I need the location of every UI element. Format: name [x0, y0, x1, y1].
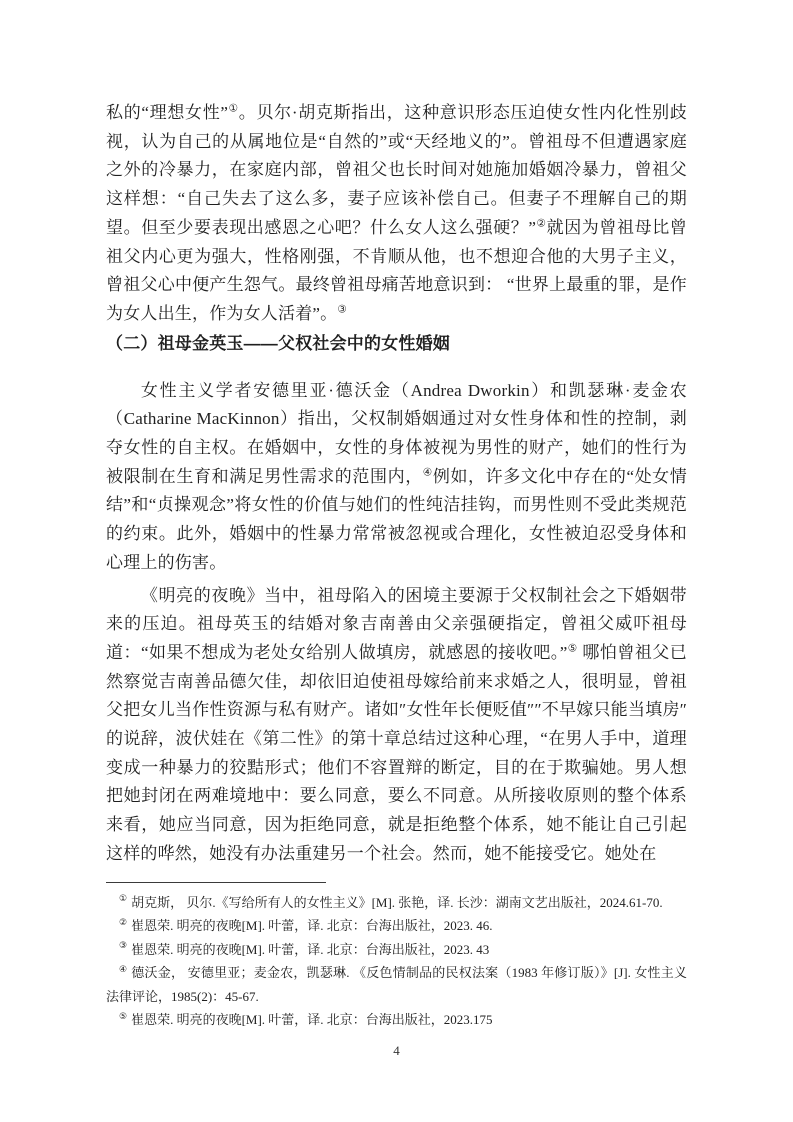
footnote-text: 崔恩荣. 明亮的夜晚[M]. 叶蕾，译. 北京：台海出版社，2023. 46. — [131, 918, 492, 933]
body-text: 私的“理想女性”①。贝尔·胡克斯指出，这种意识形态压迫使女性内化性别歧视，认为自… — [106, 99, 687, 869]
footnote-reference-superscript: ② — [536, 218, 546, 229]
footnote-marker: ⑤ — [119, 1012, 127, 1022]
footnote-reference-superscript: ① — [228, 103, 239, 114]
footnote-marker: ④ — [119, 965, 127, 975]
footnote-marker: ① — [119, 894, 127, 904]
footnote: ④德沃金， 安德里亚；麦金农，凯瑟琳. 《反色情制品的民权法案（1983 年修订… — [106, 961, 687, 1008]
footnote: ③崔恩荣. 明亮的夜晚[M]. 叶蕾，译. 北京：台海出版社，2023. 43 — [106, 938, 687, 962]
footnote-text: 崔恩荣. 明亮的夜晚[M]. 叶蕾，译. 北京：台海出版社，2023.175 — [131, 1012, 492, 1027]
document-page: 私的“理想女性”①。贝尔·胡克斯指出，这种意识形态压迫使女性内化性别歧视，认为自… — [0, 0, 793, 1122]
footnote-text: 德沃金， 安德里亚；麦金农，凯瑟琳. 《反色情制品的民权法案（1983 年修订版… — [106, 965, 687, 1004]
footnote: ⑤崔恩荣. 明亮的夜晚[M]. 叶蕾，译. 北京：台海出版社，2023.175 — [106, 1008, 687, 1032]
footnote-text: 崔恩荣. 明亮的夜晚[M]. 叶蕾，译. 北京：台海出版社，2023. 43 — [131, 942, 489, 957]
footnote: ①胡克斯， 贝尔.《写给所有人的女性主义》[M]. 张艳，译. 长沙：湖南文艺出… — [106, 891, 687, 915]
section-heading: （二）祖母金英玉——父权社会中的女性婚姻 — [106, 329, 687, 358]
footnotes-section: ①胡克斯， 贝尔.《写给所有人的女性主义》[M]. 张艳，译. 长沙：湖南文艺出… — [106, 882, 687, 1032]
footnote-reference-superscript: ③ — [337, 304, 347, 315]
footnote-reference-superscript: ④ — [423, 467, 433, 478]
page-number: 4 — [106, 1041, 687, 1061]
footnote-marker: ② — [119, 918, 127, 928]
footnote-reference-superscript: ⑤ — [568, 643, 578, 654]
paragraph-continuation: 私的“理想女性”①。贝尔·胡克斯指出，这种意识形态压迫使女性内化性别歧视，认为自… — [106, 99, 687, 329]
paragraph: 女性主义学者安德里亚·德沃金（Andrea Dworkin）和凯瑟琳·麦金农（C… — [106, 377, 687, 578]
footnote-separator — [106, 882, 326, 883]
footnote-text: 胡克斯， 贝尔.《写给所有人的女性主义》[M]. 张艳，译. 长沙：湖南文艺出版… — [131, 895, 663, 910]
paragraph: 《明亮的夜晚》当中，祖母陷入的困境主要源于父权制社会之下婚姻带来的压迫。祖母英玉… — [106, 582, 687, 869]
footnote-marker: ③ — [119, 941, 127, 951]
footnote: ②崔恩荣. 明亮的夜晚[M]. 叶蕾，译. 北京：台海出版社，2023. 46. — [106, 914, 687, 938]
